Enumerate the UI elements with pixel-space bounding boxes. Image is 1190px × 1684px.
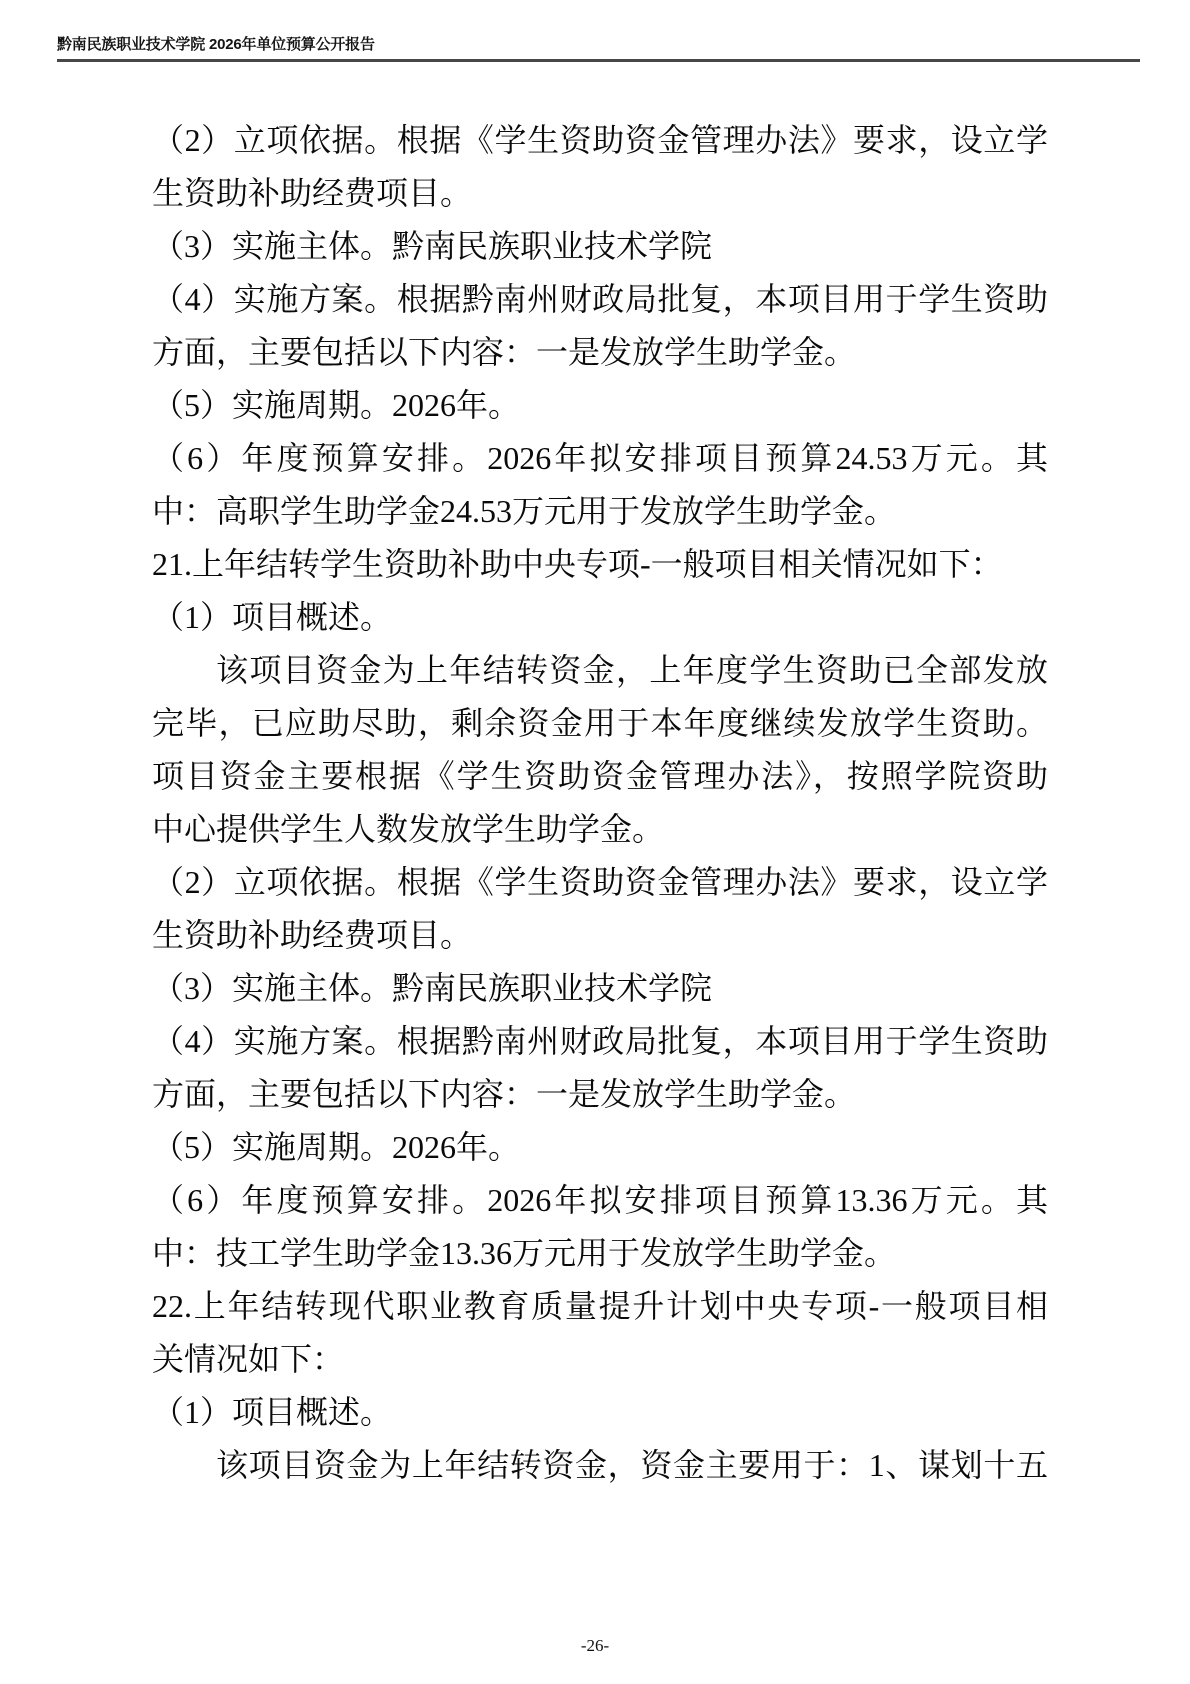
text-line: 中：技工学生助学金13.36万元用于发放学生助学金。 (152, 1227, 1048, 1280)
text-line: （5）实施周期。2026年。 (152, 379, 1048, 432)
text-line: （5）实施周期。2026年。 (152, 1121, 1048, 1174)
header-rule (57, 59, 1140, 62)
text-line: （4）实施方案。根据黔南州财政局批复，本项目用于学生资助 (152, 273, 1048, 326)
document-header-title: 黔南民族职业技术学院 2026年单位预算公开报告 (57, 33, 375, 54)
text-line: 项目资金主要根据《学生资助资金管理办法》，按照学院资助 (152, 750, 1048, 803)
text-line: 该项目资金为上年结转资金，资金主要用于：1、谋划十五 (152, 1439, 1048, 1492)
text-line: （2）立项依据。根据《学生资助资金管理办法》要求，设立学 (152, 114, 1048, 167)
text-line: 关情况如下： (152, 1333, 1048, 1386)
text-line: 生资助补助经费项目。 (152, 167, 1048, 220)
text-line: （2）立项依据。根据《学生资助资金管理办法》要求，设立学 (152, 856, 1048, 909)
text-line: 中：高职学生助学金24.53万元用于发放学生助学金。 (152, 485, 1048, 538)
text-line: （6）年度预算安排。2026年拟安排项目预算13.36万元。其 (152, 1174, 1048, 1227)
text-line: 22.上年结转现代职业教育质量提升计划中央专项-一般项目相 (152, 1280, 1048, 1333)
text-line: （1）项目概述。 (152, 591, 1048, 644)
text-line: （6）年度预算安排。2026年拟安排项目预算24.53万元。其 (152, 432, 1048, 485)
text-line: 生资助补助经费项目。 (152, 909, 1048, 962)
document-body: （2）立项依据。根据《学生资助资金管理办法》要求，设立学生资助补助经费项目。（3… (152, 114, 1048, 1492)
page-number: -26- (0, 1636, 1190, 1656)
text-line: 该项目资金为上年结转资金，上年度学生资助已全部发放 (152, 644, 1048, 697)
text-line: （3）实施主体。黔南民族职业技术学院 (152, 962, 1048, 1015)
text-line: （4）实施方案。根据黔南州财政局批复，本项目用于学生资助 (152, 1015, 1048, 1068)
text-line: 21.上年结转学生资助补助中央专项-一般项目相关情况如下： (152, 538, 1048, 591)
text-line: 完毕，已应助尽助，剩余资金用于本年度继续发放学生资助。 (152, 697, 1048, 750)
document-page: 黔南民族职业技术学院 2026年单位预算公开报告 （2）立项依据。根据《学生资助… (0, 0, 1190, 1684)
text-line: 方面，主要包括以下内容：一是发放学生助学金。 (152, 1068, 1048, 1121)
text-line: 方面，主要包括以下内容：一是发放学生助学金。 (152, 326, 1048, 379)
text-line: （1）项目概述。 (152, 1386, 1048, 1439)
text-line: 中心提供学生人数发放学生助学金。 (152, 803, 1048, 856)
text-line: （3）实施主体。黔南民族职业技术学院 (152, 220, 1048, 273)
